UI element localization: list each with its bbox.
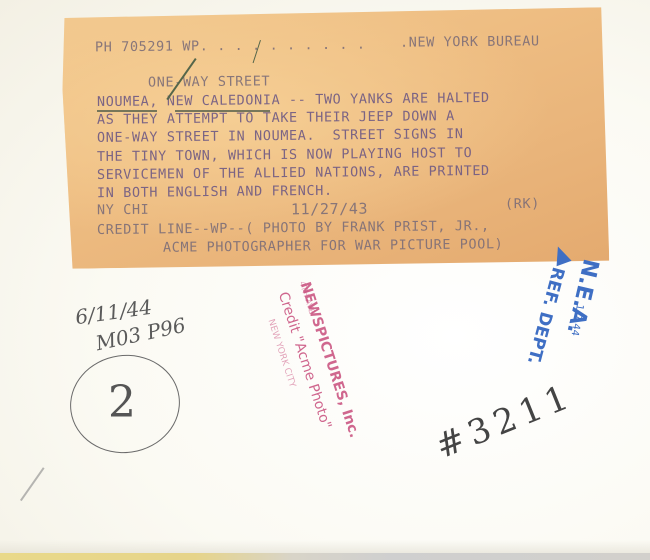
caption-headline: ONE-WAY STREET (148, 75, 270, 90)
underline-mark (175, 110, 270, 112)
circled-number: 2 (108, 377, 136, 428)
caption-body-line: IN BOTH ENGLISH AND FRENCH. (97, 185, 333, 201)
scan-edge-strip (0, 553, 650, 560)
underline-mark (97, 110, 157, 112)
caption-date: 11/27/43 (291, 202, 368, 218)
caption-dateline: NY CHI (97, 204, 150, 218)
caption-initials: (RK) (505, 198, 540, 212)
caption-header-right: .NEW YORK BUREAU (400, 35, 540, 50)
scan-edge-shadow (0, 540, 650, 553)
caption-credit-line-2: ACME PHOTOGRAPHER FOR WAR PICTURE POOL) (163, 238, 504, 255)
caption-header-left: PH 705291 WP. . . . . . . . . . (95, 39, 366, 55)
